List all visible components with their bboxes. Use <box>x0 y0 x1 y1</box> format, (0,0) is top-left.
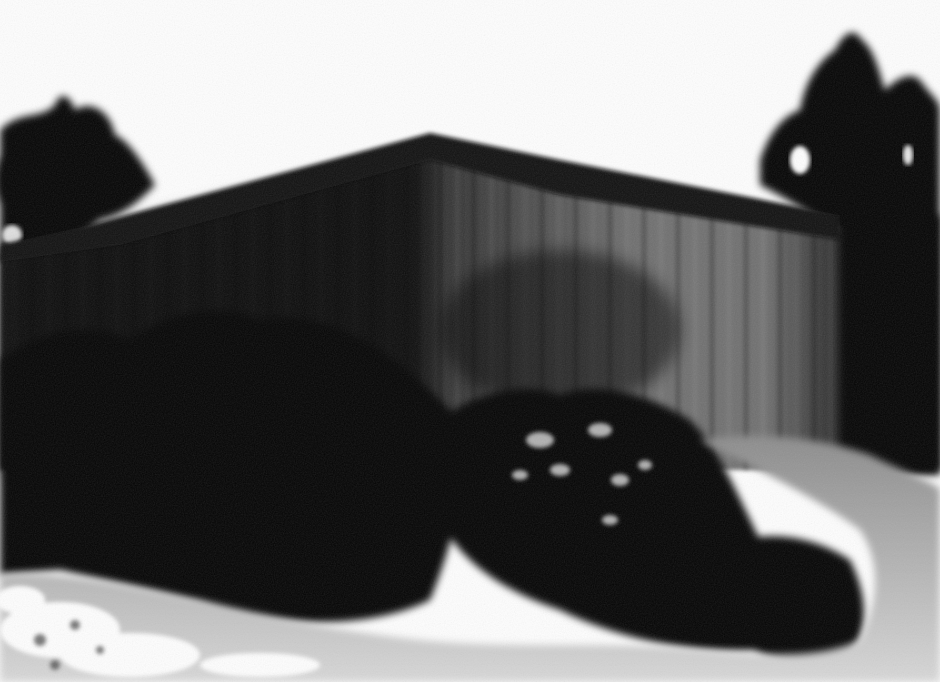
photo-canvas <box>0 0 940 682</box>
barn-photo: Grainy black-and-white photograph of a w… <box>0 0 940 682</box>
